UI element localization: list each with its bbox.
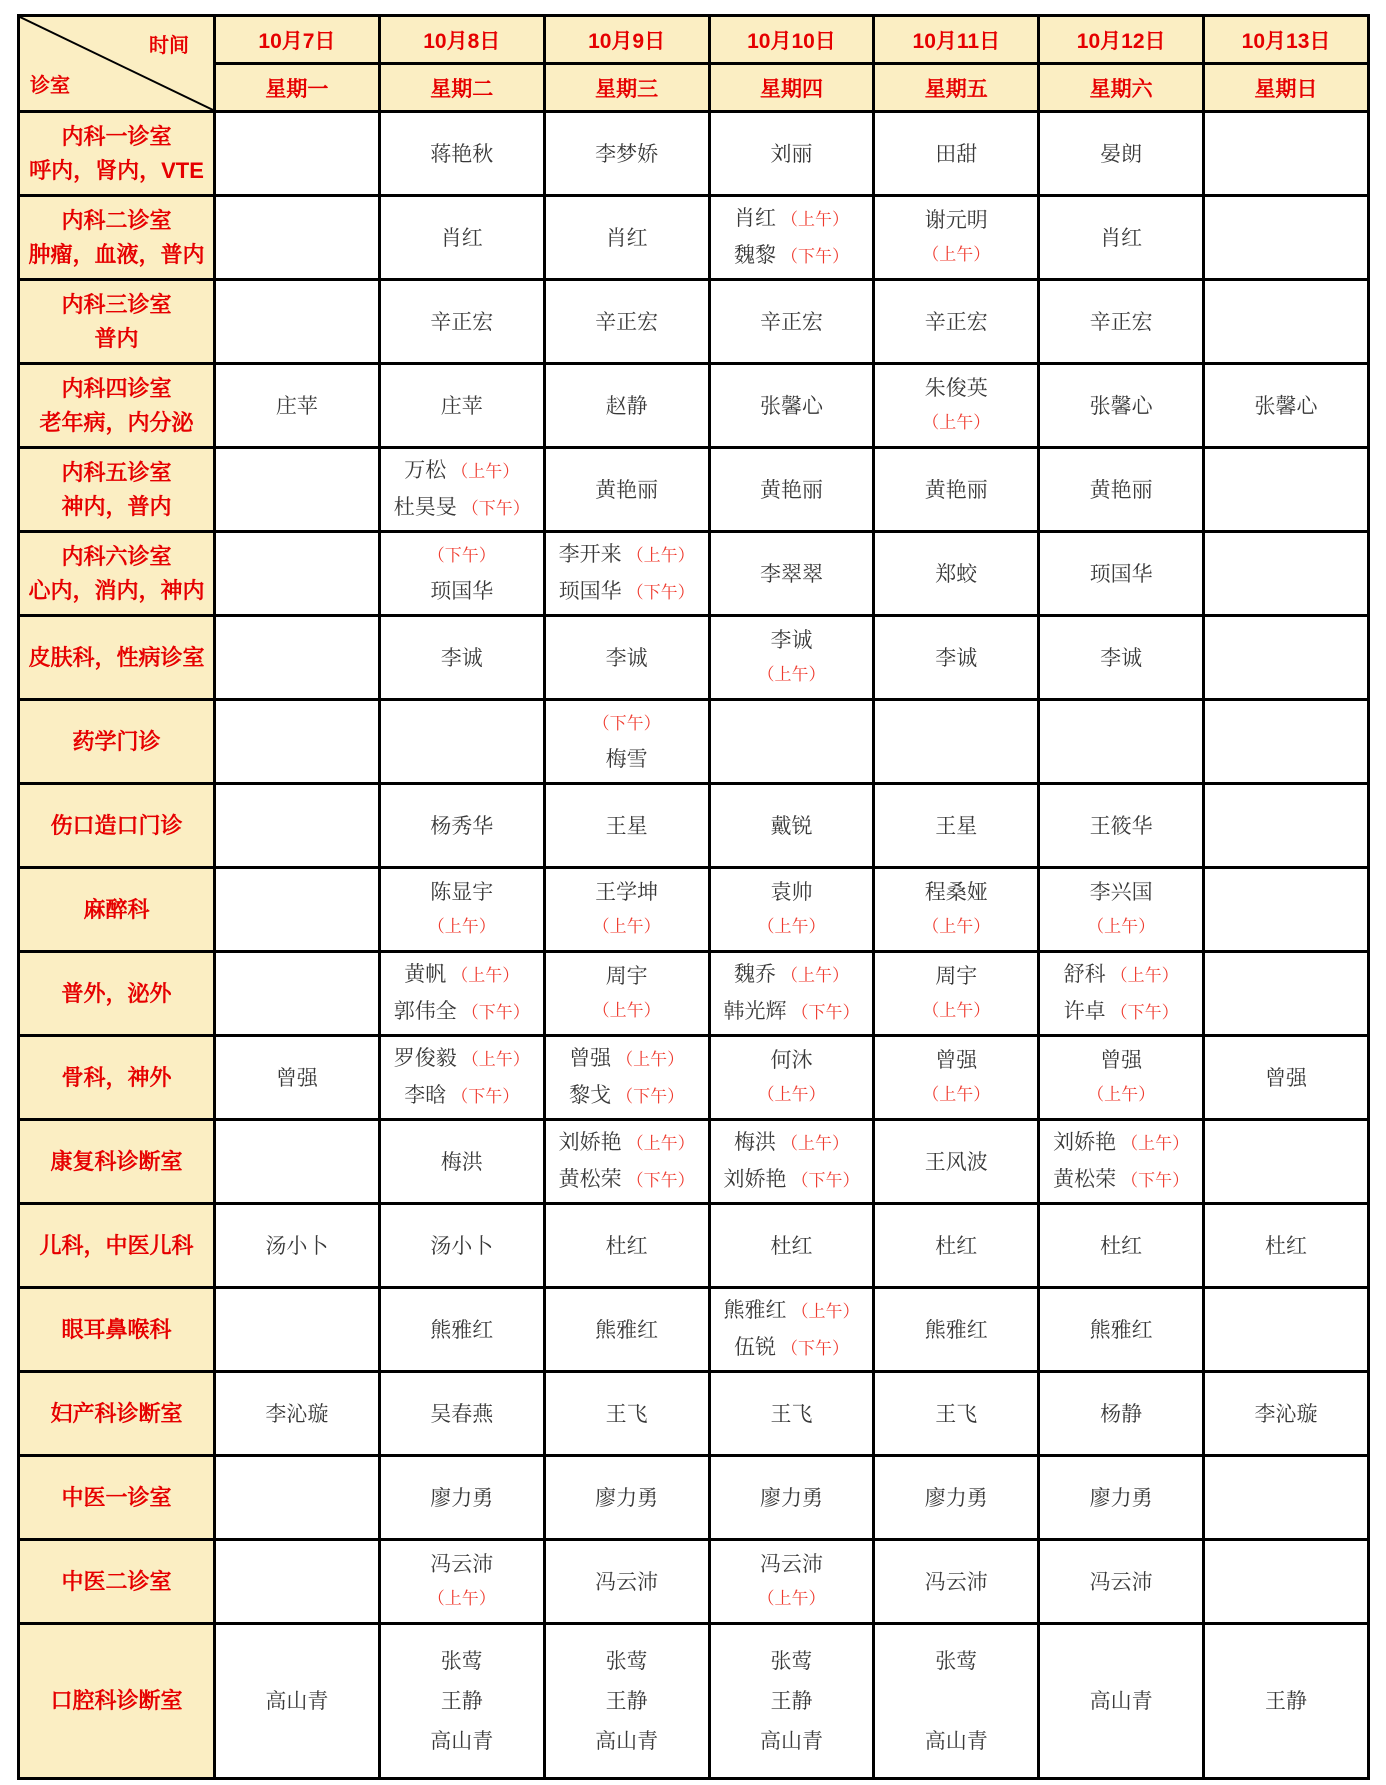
schedule-cell: 陈显宇（上午） xyxy=(379,868,544,952)
schedule-cell: 冯云沛 xyxy=(1039,1540,1204,1624)
doctor-name: 李翠翠 xyxy=(760,562,823,586)
doctor-name: 黄帆 xyxy=(404,962,446,986)
schedule-cell: 汤小卜 xyxy=(215,1204,380,1288)
schedule-entry: （上午） xyxy=(922,411,990,435)
schedule-entry: 辛正宏 xyxy=(1090,310,1153,334)
schedule-cell: 罗俊毅（上午）李晗（下午） xyxy=(379,1036,544,1120)
schedule-cell: 张馨心 xyxy=(1039,364,1204,448)
department-label: 麻醉科 xyxy=(83,898,149,921)
schedule-entry: 王星 xyxy=(935,814,977,838)
schedule-entry: 熊雅红 xyxy=(595,1318,658,1342)
schedule-entry: 吴春燕 xyxy=(430,1402,493,1426)
schedule-entry: （上午） xyxy=(757,915,825,939)
schedule-cell xyxy=(1204,112,1369,196)
department-label: 内科四诊室 xyxy=(61,377,171,400)
doctor-name: 辛正宏 xyxy=(1090,310,1153,334)
doctor-name: 廖力勇 xyxy=(760,1486,823,1510)
schedule-cell: 杜红 xyxy=(874,1204,1039,1288)
doctor-name: 李梦娇 xyxy=(595,142,658,166)
schedule-cell xyxy=(1204,280,1369,364)
table-body: 内科一诊室呼内，肾内，VTE蒋艳秋李梦娇刘丽田甜晏朗内科二诊室肿瘤，血液，普内肖… xyxy=(19,112,1369,1779)
schedule-entry: （上午） xyxy=(428,915,496,939)
schedule-entry: 顼国华 xyxy=(1090,562,1153,586)
schedule-cell xyxy=(215,784,380,868)
department-cell: 康复科诊断室 xyxy=(19,1120,215,1204)
schedule-entry: 伍锐（下午） xyxy=(734,1335,849,1361)
department-label: 心内，消内，神内 xyxy=(28,579,204,602)
schedule-cell: 熊雅红 xyxy=(544,1288,709,1372)
schedule-cell: 吴春燕 xyxy=(379,1372,544,1456)
schedule-entry: 汤小卜 xyxy=(430,1234,493,1258)
department-cell: 内科三诊室普内 xyxy=(19,280,215,364)
column-date-header: 10月7日 xyxy=(215,16,380,64)
schedule-cell xyxy=(215,616,380,700)
department-label: 骨科，神外 xyxy=(61,1066,171,1089)
department-label: 伤口造口门诊 xyxy=(50,814,182,837)
schedule-entry: 顼国华（下午） xyxy=(559,579,695,605)
time-tag: （下午） xyxy=(627,581,695,605)
schedule-cell: 梅洪 xyxy=(379,1120,544,1204)
doctor-name: 张馨心 xyxy=(1255,394,1318,418)
schedule-entry: 李翠翠 xyxy=(760,562,823,586)
schedule-cell xyxy=(1204,616,1369,700)
schedule-cell: 熊雅红 xyxy=(379,1288,544,1372)
schedule-cell: 肖红 xyxy=(379,196,544,280)
doctor-name: 冯云沛 xyxy=(760,1552,823,1576)
department-cell: 中医二诊室 xyxy=(19,1540,215,1624)
department-cell: 麻醉科 xyxy=(19,868,215,952)
schedule-entry: （上午） xyxy=(922,915,990,939)
time-tag: （上午） xyxy=(462,1048,530,1072)
time-tag: （下午） xyxy=(791,1001,859,1025)
schedule-cell: 李诚 xyxy=(874,616,1039,700)
doctor-name: 戴锐 xyxy=(770,814,812,838)
schedule-entry: 黄松荣（下午） xyxy=(559,1167,695,1193)
schedule-entry: 李诚 xyxy=(606,646,648,670)
schedule-entry: 郑蛟 xyxy=(935,562,977,586)
schedule-cell: 杜红 xyxy=(1204,1204,1369,1288)
schedule-cell: 杜红 xyxy=(1039,1204,1204,1288)
doctor-name: 肖红 xyxy=(1100,226,1142,250)
doctor-name: 张馨心 xyxy=(760,394,823,418)
schedule-entry: 王静 xyxy=(1265,1689,1307,1713)
table-row: 皮肤科，性病诊室李诚李诚李诚（上午）李诚李诚 xyxy=(19,616,1369,700)
doctor-name: 梅洪 xyxy=(734,1130,776,1154)
schedule-entry: 曾强 xyxy=(1100,1048,1142,1072)
schedule-entry: 黄艳丽 xyxy=(925,478,988,502)
schedule-entry: 黄艳丽 xyxy=(595,478,658,502)
doctor-name: 张莺 xyxy=(441,1649,483,1673)
schedule-cell: 程桑娅（上午） xyxy=(874,868,1039,952)
doctor-name: 黄艳丽 xyxy=(760,478,823,502)
doctor-name: 廖力勇 xyxy=(1090,1486,1153,1510)
doctor-name: 杜红 xyxy=(1100,1234,1142,1258)
schedule-cell xyxy=(874,700,1039,784)
schedule-entry: 王筱华 xyxy=(1090,814,1153,838)
table-row: 内科三诊室普内辛正宏辛正宏辛正宏辛正宏辛正宏 xyxy=(19,280,1369,364)
time-tag: （下午） xyxy=(451,1085,519,1109)
time-tag: （上午） xyxy=(1111,964,1179,988)
corner-time-label: 时间 xyxy=(149,29,189,58)
schedule-cell: 李梦娇 xyxy=(544,112,709,196)
schedule-entry: 李诚 xyxy=(770,628,812,652)
time-tag: （上午） xyxy=(451,460,519,484)
schedule-cell: 李翠翠 xyxy=(709,532,874,616)
doctor-name: 朱俊英 xyxy=(925,376,988,400)
doctor-name: 肖红 xyxy=(734,206,776,230)
schedule-cell xyxy=(215,1456,380,1540)
schedule-entry: 熊雅红 xyxy=(1090,1318,1153,1342)
schedule-cell xyxy=(1204,784,1369,868)
schedule-table: 时间 诊室 10月7日10月8日10月9日10月10日10月11日10月12日1… xyxy=(17,14,1370,1780)
schedule-cell: 高山青 xyxy=(1039,1624,1204,1779)
doctor-name: 周宇 xyxy=(935,964,977,988)
schedule-entry: 戴锐 xyxy=(770,814,812,838)
department-label: 老年病，内分泌 xyxy=(39,411,193,434)
doctor-name: 万松 xyxy=(404,458,446,482)
doctor-name: 高山青 xyxy=(430,1729,493,1753)
doctor-name: 吴春燕 xyxy=(430,1402,493,1426)
schedule-entry: 辛正宏 xyxy=(430,310,493,334)
schedule-entry: 黎戈（下午） xyxy=(569,1083,684,1109)
schedule-entry: 李诚 xyxy=(935,646,977,670)
schedule-cell: 曾强 xyxy=(215,1036,380,1120)
schedule-cell xyxy=(215,868,380,952)
time-tag: （下午） xyxy=(627,1169,695,1193)
doctor-name: 冯云沛 xyxy=(595,1570,658,1594)
schedule-cell: 李兴国（上午） xyxy=(1039,868,1204,952)
table-row: 康复科诊断室梅洪刘娇艳（上午）黄松荣（下午）梅洪（上午）刘娇艳（下午）王风波刘娇… xyxy=(19,1120,1369,1204)
schedule-entry: 张莺 xyxy=(935,1649,977,1673)
schedule-entry: 肖红 xyxy=(606,226,648,250)
doctor-name: 熊雅红 xyxy=(430,1318,493,1342)
schedule-cell xyxy=(709,700,874,784)
doctor-name: 王学坤 xyxy=(595,880,658,904)
column-date-header: 10月11日 xyxy=(874,16,1039,64)
time-tag: （上午） xyxy=(627,544,695,568)
doctor-name: 李晗 xyxy=(404,1083,446,1107)
doctor-name: 王飞 xyxy=(606,1402,648,1426)
schedule-cell: 李沁璇 xyxy=(1204,1372,1369,1456)
doctor-name: 魏黎 xyxy=(734,243,776,267)
schedule-cell: 袁帅（上午） xyxy=(709,868,874,952)
table-row: 伤口造口门诊杨秀华王星戴锐王星王筱华 xyxy=(19,784,1369,868)
department-label: 中医二诊室 xyxy=(61,1570,171,1593)
schedule-cell: 曾强（上午） xyxy=(1039,1036,1204,1120)
department-label: 神内，普内 xyxy=(61,495,171,518)
doctor-name: 李诚 xyxy=(606,646,648,670)
table-row: 妇产科诊断室李沁璇吴春燕王飞王飞王飞杨静李沁璇 xyxy=(19,1372,1369,1456)
time-tag: （上午） xyxy=(781,964,849,988)
doctor-name: 郭伟全 xyxy=(394,999,457,1023)
doctor-name: 黄松荣 xyxy=(1053,1167,1116,1191)
time-tag: （上午） xyxy=(922,243,990,267)
schedule-entry: 万松（上午） xyxy=(404,458,519,484)
doctor-name: 张馨心 xyxy=(1090,394,1153,418)
department-label: 内科六诊室 xyxy=(61,545,171,568)
time-tag: （上午） xyxy=(451,964,519,988)
corner-room-label: 诊室 xyxy=(30,69,70,98)
table-row: 内科四诊室老年病，内分泌庄苹庄苹赵静张馨心朱俊英（上午）张馨心张馨心 xyxy=(19,364,1369,448)
doctor-name: 刘娇艳 xyxy=(1053,1130,1116,1154)
schedule-cell xyxy=(215,448,380,532)
schedule-cell: 万松（上午）杜昊旻（下午） xyxy=(379,448,544,532)
doctor-name: 梅洪 xyxy=(441,1150,483,1174)
column-date-header: 10月9日 xyxy=(544,16,709,64)
schedule-cell: 熊雅红（上午）伍锐（下午） xyxy=(709,1288,874,1372)
department-cell: 骨科，神外 xyxy=(19,1036,215,1120)
doctor-name: 王静 xyxy=(606,1689,648,1713)
schedule-entry: 王学坤 xyxy=(595,880,658,904)
department-cell: 内科四诊室老年病，内分泌 xyxy=(19,364,215,448)
doctor-name: 何沐 xyxy=(770,1048,812,1072)
schedule-cell xyxy=(1204,952,1369,1036)
schedule-entry: 陈显宇 xyxy=(430,880,493,904)
department-cell: 内科一诊室呼内，肾内，VTE xyxy=(19,112,215,196)
schedule-cell xyxy=(215,1288,380,1372)
department-label: 内科三诊室 xyxy=(61,293,171,316)
doctor-name: 曾强 xyxy=(935,1048,977,1072)
schedule-cell xyxy=(1204,700,1369,784)
doctor-name: 田甜 xyxy=(935,142,977,166)
doctor-name: 熊雅红 xyxy=(723,1298,786,1322)
schedule-entry: 王飞 xyxy=(935,1402,977,1426)
schedule-entry: 杜昊旻（下午） xyxy=(394,495,530,521)
table-row: 中医一诊室廖力勇廖力勇廖力勇廖力勇廖力勇 xyxy=(19,1456,1369,1540)
schedule-entry: 舒科（上午） xyxy=(1064,962,1179,988)
schedule-cell: 肖红 xyxy=(544,196,709,280)
doctor-name: 曾强 xyxy=(1100,1048,1142,1072)
time-tag: （上午） xyxy=(791,1300,859,1324)
department-label: 中医一诊室 xyxy=(61,1486,171,1509)
schedule-entry: 杜红 xyxy=(606,1234,648,1258)
department-cell: 内科六诊室心内，消内，神内 xyxy=(19,532,215,616)
schedule-cell: 杜红 xyxy=(544,1204,709,1288)
schedule-cell xyxy=(1204,868,1369,952)
schedule-entry: 王星 xyxy=(606,814,648,838)
time-tag: （下午） xyxy=(462,497,530,521)
schedule-cell: 冯云沛（上午） xyxy=(379,1540,544,1624)
time-tag: （下午） xyxy=(781,245,849,269)
schedule-cell: 王飞 xyxy=(874,1372,1039,1456)
table-row: 内科二诊室肿瘤，血液，普内肖红肖红肖红（上午）魏黎（下午）谢元明（上午）肖红 xyxy=(19,196,1369,280)
doctor-name: 庄苹 xyxy=(441,394,483,418)
time-tag: （上午） xyxy=(757,663,825,687)
schedule-entry: 张馨心 xyxy=(760,394,823,418)
schedule-cell: 辛正宏 xyxy=(544,280,709,364)
doctor-name: 王星 xyxy=(606,814,648,838)
doctor-name: 黎戈 xyxy=(569,1083,611,1107)
column-weekday-header: 星期五 xyxy=(874,64,1039,112)
doctor-name: 廖力勇 xyxy=(430,1486,493,1510)
department-label: 妇产科诊断室 xyxy=(50,1402,182,1425)
doctor-name: 辛正宏 xyxy=(430,310,493,334)
schedule-cell: 王筱华 xyxy=(1039,784,1204,868)
department-cell: 内科五诊室神内，普内 xyxy=(19,448,215,532)
schedule-cell: （下午）梅雪 xyxy=(544,700,709,784)
time-tag: （上午） xyxy=(1121,1132,1189,1156)
doctor-name: 郑蛟 xyxy=(935,562,977,586)
department-cell: 普外，泌外 xyxy=(19,952,215,1036)
schedule-cell: 肖红（上午）魏黎（下午） xyxy=(709,196,874,280)
department-label: 普内 xyxy=(94,327,138,350)
doctor-name: 舒科 xyxy=(1064,962,1106,986)
date-row: 时间 诊室 10月7日10月8日10月9日10月10日10月11日10月12日1… xyxy=(19,16,1369,64)
department-label: 康复科诊断室 xyxy=(50,1150,182,1173)
schedule-cell: 郑蛟 xyxy=(874,532,1039,616)
schedule-cell xyxy=(215,112,380,196)
schedule-cell: 张莺高山青 xyxy=(874,1624,1039,1779)
schedule-cell: 李诚 xyxy=(379,616,544,700)
schedule-cell: 黄艳丽 xyxy=(1039,448,1204,532)
schedule-cell: 廖力勇 xyxy=(379,1456,544,1540)
table-row: 内科一诊室呼内，肾内，VTE蒋艳秋李梦娇刘丽田甜晏朗 xyxy=(19,112,1369,196)
department-label: 眼耳鼻喉科 xyxy=(61,1318,171,1341)
department-cell: 妇产科诊断室 xyxy=(19,1372,215,1456)
schedule-entry: 郭伟全（下午） xyxy=(394,999,530,1025)
department-label: 呼内，肾内，VTE xyxy=(29,159,204,182)
schedule-cell: 肖红 xyxy=(1039,196,1204,280)
doctor-name: 杨秀华 xyxy=(430,814,493,838)
schedule-cell: 杨秀华 xyxy=(379,784,544,868)
weekday-row: 星期一星期二星期三星期四星期五星期六星期日 xyxy=(19,64,1369,112)
table-row: 普外，泌外黄帆（上午）郭伟全（下午）周宇（上午）魏乔（上午）韩光辉（下午）周宇（… xyxy=(19,952,1369,1036)
schedule-cell: 廖力勇 xyxy=(544,1456,709,1540)
schedule-entry: 熊雅红（上午） xyxy=(723,1298,859,1324)
table-header: 时间 诊室 10月7日10月8日10月9日10月10日10月11日10月12日1… xyxy=(19,16,1369,112)
department-cell: 口腔科诊断室 xyxy=(19,1624,215,1779)
schedule-entry: 辛正宏 xyxy=(925,310,988,334)
schedule-cell: 廖力勇 xyxy=(1039,1456,1204,1540)
doctor-name: 肖红 xyxy=(606,226,648,250)
schedule-cell xyxy=(1204,1120,1369,1204)
schedule-entry: 刘娇艳（下午） xyxy=(723,1167,859,1193)
doctor-name: 廖力勇 xyxy=(595,1486,658,1510)
schedule-entry: 廖力勇 xyxy=(430,1486,493,1510)
department-label: 肿瘤，血液，普内 xyxy=(28,243,204,266)
schedule-cell xyxy=(215,280,380,364)
schedule-entry: 黄艳丽 xyxy=(760,478,823,502)
schedule-cell xyxy=(215,1120,380,1204)
corner-cell: 时间 诊室 xyxy=(19,16,215,112)
schedule-entry: 李诚 xyxy=(441,646,483,670)
schedule-entry: 程桑娅 xyxy=(925,880,988,904)
schedule-cell: 刘娇艳（上午）黄松荣（下午） xyxy=(544,1120,709,1204)
schedule-cell: 张莺王静高山青 xyxy=(709,1624,874,1779)
schedule-cell: 舒科（上午）许卓（下午） xyxy=(1039,952,1204,1036)
doctor-name: 曾强 xyxy=(569,1046,611,1070)
schedule-cell: 庄苹 xyxy=(379,364,544,448)
schedule-entry: 梅洪（上午） xyxy=(734,1130,849,1156)
schedule-entry: （下午） xyxy=(428,544,496,568)
schedule-entry: 熊雅红 xyxy=(430,1318,493,1342)
schedule-cell: 谢元明（上午） xyxy=(874,196,1039,280)
schedule-cell: 廖力勇 xyxy=(874,1456,1039,1540)
schedule-cell xyxy=(1204,532,1369,616)
schedule-entry: 王飞 xyxy=(606,1402,648,1426)
time-tag: （下午） xyxy=(1121,1169,1189,1193)
schedule-entry: 肖红 xyxy=(1100,226,1142,250)
doctor-name: 张莺 xyxy=(935,1649,977,1673)
time-tag: （下午） xyxy=(462,1001,530,1025)
schedule-entry: 杜红 xyxy=(1265,1234,1307,1258)
doctor-name: 黄艳丽 xyxy=(1090,478,1153,502)
schedule-entry: 王静 xyxy=(606,1689,648,1713)
doctor-name: 熊雅红 xyxy=(925,1318,988,1342)
schedule-entry: 李晗（下午） xyxy=(404,1083,519,1109)
schedule-cell: 辛正宏 xyxy=(709,280,874,364)
doctor-name: 冯云沛 xyxy=(430,1552,493,1576)
doctor-name: 晏朗 xyxy=(1100,142,1142,166)
table-row: 中医二诊室冯云沛（上午）冯云沛冯云沛（上午）冯云沛冯云沛 xyxy=(19,1540,1369,1624)
department-cell: 内科二诊室肿瘤，血液，普内 xyxy=(19,196,215,280)
schedule-cell xyxy=(379,700,544,784)
time-tag: （上午） xyxy=(1087,1083,1155,1107)
schedule-entry: 罗俊毅（上午） xyxy=(394,1046,530,1072)
schedule-page: 时间 诊室 10月7日10月8日10月9日10月10日10月11日10月12日1… xyxy=(0,0,1386,1785)
schedule-entry: 冯云沛 xyxy=(595,1570,658,1594)
schedule-entry: 梅雪 xyxy=(606,747,648,771)
doctor-name: 杜红 xyxy=(1265,1234,1307,1258)
column-date-header: 10月13日 xyxy=(1204,16,1369,64)
table-row: 麻醉科陈显宇（上午）王学坤（上午）袁帅（上午）程桑娅（上午）李兴国（上午） xyxy=(19,868,1369,952)
schedule-entry: 辛正宏 xyxy=(595,310,658,334)
schedule-entry: （上午） xyxy=(922,243,990,267)
column-weekday-header: 星期三 xyxy=(544,64,709,112)
schedule-entry: 廖力勇 xyxy=(595,1486,658,1510)
schedule-entry: 魏黎（下午） xyxy=(734,243,849,269)
schedule-entry: 李沁璇 xyxy=(265,1402,328,1426)
schedule-cell: 黄艳丽 xyxy=(544,448,709,532)
schedule-entry: 高山青 xyxy=(595,1729,658,1753)
schedule-cell: 曾强 xyxy=(1204,1036,1369,1120)
schedule-cell: 曾强（上午）黎戈（下午） xyxy=(544,1036,709,1120)
schedule-cell: 曾强（上午） xyxy=(874,1036,1039,1120)
table-row: 内科六诊室心内，消内，神内（下午）顼国华李开来（上午）顼国华（下午）李翠翠郑蛟顼… xyxy=(19,532,1369,616)
schedule-cell: 张莺王静高山青 xyxy=(379,1624,544,1779)
schedule-entry: （上午） xyxy=(757,1587,825,1611)
doctor-name: 谢元明 xyxy=(925,208,988,232)
time-tag: （上午） xyxy=(757,915,825,939)
schedule-cell: 蒋艳秋 xyxy=(379,112,544,196)
column-weekday-header: 星期一 xyxy=(215,64,380,112)
doctor-name: 辛正宏 xyxy=(595,310,658,334)
schedule-cell: 李诚 xyxy=(1039,616,1204,700)
schedule-entry: 熊雅红 xyxy=(925,1318,988,1342)
schedule-cell: 庄苹 xyxy=(215,364,380,448)
doctor-name: 熊雅红 xyxy=(595,1318,658,1342)
department-label: 普外，泌外 xyxy=(61,982,171,1005)
doctor-name: 李兴国 xyxy=(1090,880,1153,904)
schedule-entry: 李兴国 xyxy=(1090,880,1153,904)
doctor-name: 程桑娅 xyxy=(925,880,988,904)
schedule-cell: （下午）顼国华 xyxy=(379,532,544,616)
doctor-name: 庄苹 xyxy=(276,394,318,418)
table-row: 眼耳鼻喉科熊雅红熊雅红熊雅红（上午）伍锐（下午）熊雅红熊雅红 xyxy=(19,1288,1369,1372)
time-tag: （下午） xyxy=(593,712,661,736)
doctor-name: 杨静 xyxy=(1100,1402,1142,1426)
doctor-name: 王静 xyxy=(441,1689,483,1713)
schedule-cell: 王星 xyxy=(544,784,709,868)
doctor-name: 伍锐 xyxy=(734,1335,776,1359)
schedule-entry: 朱俊英 xyxy=(925,376,988,400)
schedule-cell: 李诚 xyxy=(544,616,709,700)
doctor-name: 张莺 xyxy=(606,1649,648,1673)
schedule-cell: 周宇（上午） xyxy=(544,952,709,1036)
department-label: 内科五诊室 xyxy=(61,461,171,484)
table-row: 药学门诊（下午）梅雪 xyxy=(19,700,1369,784)
schedule-entry: （下午） xyxy=(593,712,661,736)
